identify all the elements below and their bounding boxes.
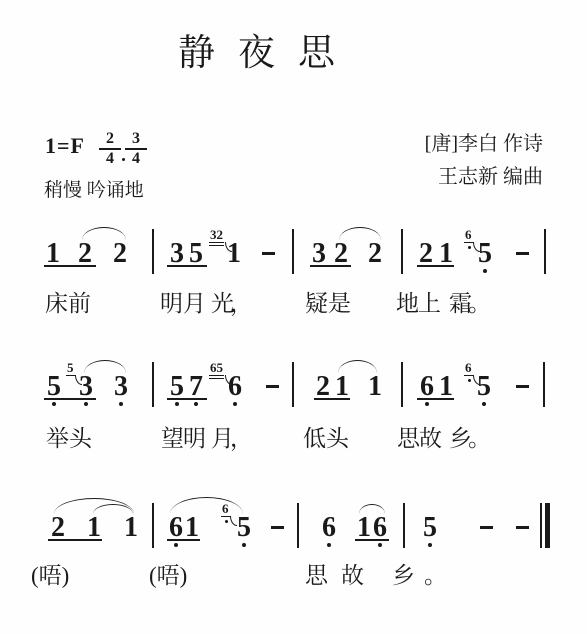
lyric-syllable: 思 xyxy=(397,426,420,452)
lyric-syllable: ， xyxy=(230,426,253,452)
song-title: 静夜思 xyxy=(178,34,358,74)
barline xyxy=(401,362,403,407)
duration-dash xyxy=(480,526,493,529)
note-digit: 1 xyxy=(124,514,138,542)
lyric-syllable: 地 xyxy=(396,291,419,317)
slur-arc xyxy=(359,504,385,514)
octave-dot xyxy=(242,543,246,547)
key-signature: 1=F xyxy=(45,135,85,157)
beam-line xyxy=(314,398,350,400)
note-digit: 1 xyxy=(185,514,199,542)
grace-octave-dot xyxy=(468,379,471,382)
lyric-syllable: 头 xyxy=(326,426,349,452)
note-digit: 5 xyxy=(477,373,491,401)
final-barline-thin xyxy=(540,503,542,548)
lyric-syllable: ， xyxy=(230,291,253,317)
barline xyxy=(292,362,294,407)
credits: [唐]李白 作诗 王志新 编曲 xyxy=(425,128,543,194)
meter-numerator: 2 xyxy=(99,131,121,150)
duration-dash xyxy=(516,252,529,255)
note-digit: 2 xyxy=(316,373,330,401)
grace-note: 5 xyxy=(66,361,75,376)
note-digit: 7 xyxy=(189,373,203,401)
lyric-syllable: 故 xyxy=(341,563,364,589)
beam-line xyxy=(44,265,96,267)
note-digit: 2 xyxy=(113,240,127,268)
lyric-syllable: 上 xyxy=(418,291,441,317)
grace-tie xyxy=(230,516,237,526)
barline xyxy=(401,229,403,274)
tempo-marking: 稍慢 吟诵地 xyxy=(44,180,144,202)
note-digit: 3 xyxy=(312,240,326,268)
note-digit: 6 xyxy=(322,514,336,542)
grace-octave-dot xyxy=(468,246,471,249)
barline xyxy=(152,229,154,274)
note-digit: 5 xyxy=(423,514,437,542)
lyric-syllable: 。 xyxy=(468,426,491,452)
lyric-syllable: 是 xyxy=(328,291,351,317)
meter-denominator: 4 xyxy=(125,150,147,167)
lyric-syllable: 疑 xyxy=(305,291,328,317)
note-digit: 1 xyxy=(46,240,60,268)
time-signature-first: 2 4 xyxy=(99,131,121,167)
note-digit: 6 xyxy=(373,514,387,542)
note-digit: 1 xyxy=(439,240,453,268)
grace-note: 32 xyxy=(209,228,224,243)
duration-dash xyxy=(262,252,275,255)
octave-dot xyxy=(482,402,486,406)
grace-note: 6 xyxy=(464,361,473,376)
poet-credit: [唐]李白 作诗 xyxy=(425,128,543,161)
beam-line xyxy=(167,265,207,267)
lyric-syllable: (唔) xyxy=(149,563,187,589)
octave-dot xyxy=(378,543,382,547)
grace-note: 6 xyxy=(464,228,473,243)
sheet-music-page: 静夜思 1=F 2 4 3 4 [唐]李白 作诗 王志新 编曲 稍慢 吟诵地 1… xyxy=(0,0,587,634)
octave-dot xyxy=(233,402,237,406)
final-barline-thick xyxy=(545,503,550,548)
meter-numerator: 3 xyxy=(125,131,147,150)
note-digit: 2 xyxy=(419,240,433,268)
barline xyxy=(297,503,299,548)
grace-note: 65 xyxy=(209,361,224,376)
lyric-syllable: 乡 xyxy=(392,563,415,589)
octave-dot xyxy=(327,543,331,547)
octave-dot xyxy=(52,402,56,406)
lyric-syllable: 头 xyxy=(69,426,92,452)
note-digit: 1 xyxy=(368,373,382,401)
duration-dash xyxy=(271,526,284,529)
lyric-syllable: 床 xyxy=(45,291,68,317)
note-digit: 5 xyxy=(478,240,492,268)
beam-line xyxy=(167,539,200,541)
note-digit: 1 xyxy=(87,514,101,542)
lyric-syllable: 明 xyxy=(160,291,183,317)
lyric-syllable: (唔) xyxy=(31,563,69,589)
meter-denominator: 4 xyxy=(99,150,121,167)
note-digit: 1 xyxy=(335,373,349,401)
grace-note: 6 xyxy=(221,502,230,517)
barline xyxy=(544,229,546,274)
slur-arc xyxy=(170,497,243,514)
beam-line xyxy=(417,398,454,400)
lyric-syllable: 思 xyxy=(305,563,328,589)
beam-line xyxy=(310,265,351,267)
note-digit: 2 xyxy=(51,514,65,542)
lyric-syllable: 。 xyxy=(468,291,491,317)
duration-dash xyxy=(516,385,529,388)
note-digit: 6 xyxy=(420,373,434,401)
octave-dot xyxy=(425,402,429,406)
octave-dot xyxy=(119,402,123,406)
note-digit: 5 xyxy=(47,373,61,401)
beam-line xyxy=(167,398,207,400)
note-digit: 2 xyxy=(368,240,382,268)
note-digit: 3 xyxy=(79,373,93,401)
duration-dash xyxy=(516,526,529,529)
lyric-syllable: 故 xyxy=(419,426,442,452)
beam-line xyxy=(355,539,389,541)
barline xyxy=(543,362,545,407)
note-digit: 6 xyxy=(228,373,242,401)
barline xyxy=(403,503,405,548)
octave-dot xyxy=(84,402,88,406)
beam-line xyxy=(44,398,96,400)
lyric-syllable: 望 xyxy=(161,426,184,452)
lyric-syllable: 低 xyxy=(303,426,326,452)
barline xyxy=(152,503,154,548)
lyric-syllable: 前 xyxy=(68,291,91,317)
note-digit: 2 xyxy=(78,240,92,268)
note-digit: 1 xyxy=(227,240,241,268)
note-digit: 5 xyxy=(170,373,184,401)
note-digit: 5 xyxy=(237,514,251,542)
grace-octave-dot xyxy=(225,520,228,523)
octave-dot xyxy=(174,543,178,547)
lyric-syllable: 月 xyxy=(183,291,206,317)
barline xyxy=(152,362,154,407)
time-signature-second: 3 4 xyxy=(125,131,147,167)
note-digit: 3 xyxy=(170,240,184,268)
barline xyxy=(292,229,294,274)
octave-dot xyxy=(194,402,198,406)
note-digit: 3 xyxy=(114,373,128,401)
note-digit: 2 xyxy=(334,240,348,268)
beam-line xyxy=(417,265,454,267)
lyric-syllable: 举 xyxy=(46,426,69,452)
lyric-syllable: 。 xyxy=(424,563,447,589)
octave-dot xyxy=(483,269,487,273)
beam-line xyxy=(48,539,102,541)
note-digit: 5 xyxy=(189,240,203,268)
duration-dash xyxy=(266,385,279,388)
note-digit: 1 xyxy=(357,514,371,542)
octave-dot xyxy=(175,402,179,406)
note-digit: 6 xyxy=(169,514,183,542)
arranger-credit: 王志新 编曲 xyxy=(425,161,543,194)
octave-dot xyxy=(428,543,432,547)
lyric-syllable: 明 xyxy=(183,426,206,452)
note-digit: 1 xyxy=(439,373,453,401)
